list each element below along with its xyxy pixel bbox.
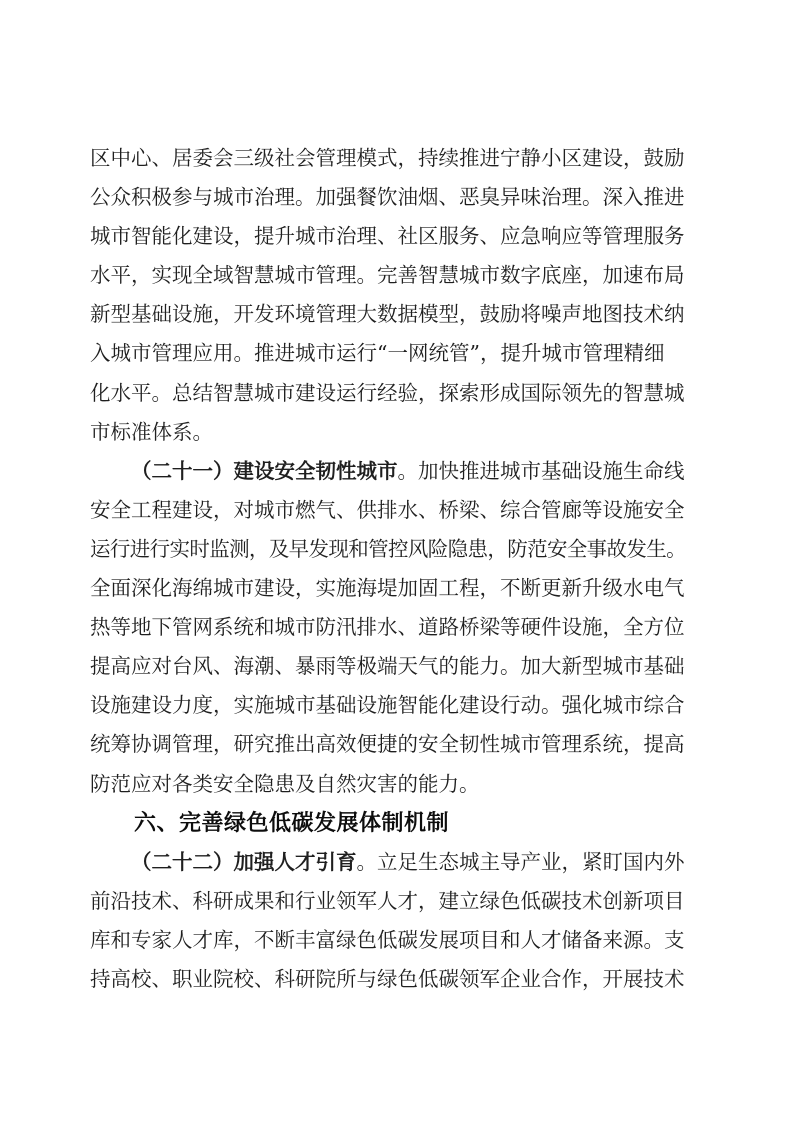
text-run: 提高应对台风、海潮、暴雨等极端天气的能力。加大新型城市基础 bbox=[90, 654, 685, 678]
text-line: 入城市管理应用。推进城市运行“一网统管”，提升城市管理精细 bbox=[90, 334, 686, 373]
text-run: 。加快推进城市基础设施生命线 bbox=[398, 459, 685, 483]
section-heading: 六、完善绿色低碳发展体制机制 bbox=[90, 804, 686, 843]
text-run: 库和专家人才库，不断丰富绿色低碳发展项目和人才储备来源。支 bbox=[90, 928, 685, 952]
text-line: 提高应对台风、海潮、暴雨等极端天气的能力。加大新型城市基础 bbox=[90, 647, 686, 686]
text-line: 热等地下管网系统和城市防汛排水、道路桥梁等硬件设施，全方位 bbox=[90, 608, 686, 647]
text-run: 化水平。总结智慧城市建设运行经验，探索形成国际领先的智慧城 bbox=[90, 381, 685, 405]
text-run: 防范应对各类安全隐患及自然灾害的能力。 bbox=[90, 772, 480, 796]
text-line: 前沿技术、科研成果和行业领军人才，建立绿色低碳技术创新项目 bbox=[90, 882, 686, 921]
text-line: 区中心、居委会三级社会管理模式，持续推进宁静小区建设，鼓励 bbox=[90, 139, 686, 178]
text-line: 设施建设力度，实施城市基础设施智能化建设行动。强化城市综合 bbox=[90, 686, 686, 725]
text-run: 前沿技术、科研成果和行业领军人才，建立绿色低碳技术创新项目 bbox=[90, 889, 685, 913]
document-page: 区中心、居委会三级社会管理模式，持续推进宁静小区建设，鼓励公众积极参与城市治理。… bbox=[0, 0, 794, 1123]
text-line: 化水平。总结智慧城市建设运行经验，探索形成国际领先的智慧城 bbox=[90, 374, 686, 413]
text-run: 市标准体系。 bbox=[90, 420, 213, 444]
text-line: 安全工程建设，对城市燃气、供排水、桥梁、综合管廊等设施安全 bbox=[90, 491, 686, 530]
text-line: 防范应对各类安全隐患及自然灾害的能力。 bbox=[90, 765, 686, 804]
text-line: 市标准体系。 bbox=[90, 413, 686, 452]
text-line: 持高校、职业院校、科研院所与绿色低碳领军企业合作，开展技术 bbox=[90, 960, 686, 999]
text-run: 入城市管理应用。推进城市运行“一网统管”，提升城市管理精细 bbox=[90, 341, 664, 365]
text-line: 公众积极参与城市治理。加强餐饮油烟、恶臭异味治理。深入推进 bbox=[90, 178, 686, 217]
text-line: 城市智能化建设，提升城市治理、社区服务、应急响应等管理服务 bbox=[90, 217, 686, 256]
text-run: 新型基础设施，开发环境管理大数据模型，鼓励将噪声地图技术纳 bbox=[90, 302, 685, 326]
text-line: （二十二）加强人才引育。立足生态城主导产业，紧盯国内外 bbox=[90, 843, 686, 882]
text-run: 热等地下管网系统和城市防汛排水、道路桥梁等硬件设施，全方位 bbox=[90, 615, 685, 639]
text-line: （二十一）建设安全韧性城市。加快推进城市基础设施生命线 bbox=[90, 452, 686, 491]
text-run: 全面深化海绵城市建设，实施海堤加固工程，不断更新升级水电气 bbox=[90, 576, 685, 600]
document-body: 区中心、居委会三级社会管理模式，持续推进宁静小区建设，鼓励公众积极参与城市治理。… bbox=[90, 139, 686, 999]
text-run: 公众积极参与城市治理。加强餐饮油烟、恶臭异味治理。深入推进 bbox=[90, 185, 685, 209]
text-run: 统筹协调管理，研究推出高效便捷的安全韧性城市管理系统，提高 bbox=[90, 732, 685, 756]
text-run: 持高校、职业院校、科研院所与绿色低碳领军企业合作，开展技术 bbox=[90, 967, 685, 991]
text-run: 设施建设力度，实施城市基础设施智能化建设行动。强化城市综合 bbox=[90, 693, 685, 717]
text-run: 。立足生态城主导产业，紧盯国内外 bbox=[357, 850, 685, 874]
text-line: 新型基础设施，开发环境管理大数据模型，鼓励将噪声地图技术纳 bbox=[90, 295, 686, 334]
text-run: 运行进行实时监测，及早发现和管控风险隐患，防范安全事故发生。 bbox=[90, 537, 686, 561]
text-run: 区中心、居委会三级社会管理模式，持续推进宁静小区建设，鼓励 bbox=[90, 146, 685, 170]
text-line: 水平，实现全域智慧城市管理。完善智慧城市数字底座，加速布局 bbox=[90, 256, 686, 295]
text-run: 安全工程建设，对城市燃气、供排水、桥梁、综合管廊等设施安全 bbox=[90, 498, 685, 522]
text-line: 运行进行实时监测，及早发现和管控风险隐患，防范安全事故发生。 bbox=[90, 530, 686, 569]
text-run: 城市智能化建设，提升城市治理、社区服务、应急响应等管理服务 bbox=[90, 224, 685, 248]
text-line: 统筹协调管理，研究推出高效便捷的安全韧性城市管理系统，提高 bbox=[90, 725, 686, 764]
text-run: 水平，实现全域智慧城市管理。完善智慧城市数字底座，加速布局 bbox=[90, 263, 685, 287]
clause-lead-bold: （二十一）建设安全韧性城市 bbox=[131, 459, 398, 483]
clause-lead-bold: （二十二）加强人才引育 bbox=[131, 850, 357, 874]
text-line: 全面深化海绵城市建设，实施海堤加固工程，不断更新升级水电气 bbox=[90, 569, 686, 608]
text-line: 库和专家人才库，不断丰富绿色低碳发展项目和人才储备来源。支 bbox=[90, 921, 686, 960]
text-run: 六、完善绿色低碳发展体制机制 bbox=[134, 811, 449, 836]
